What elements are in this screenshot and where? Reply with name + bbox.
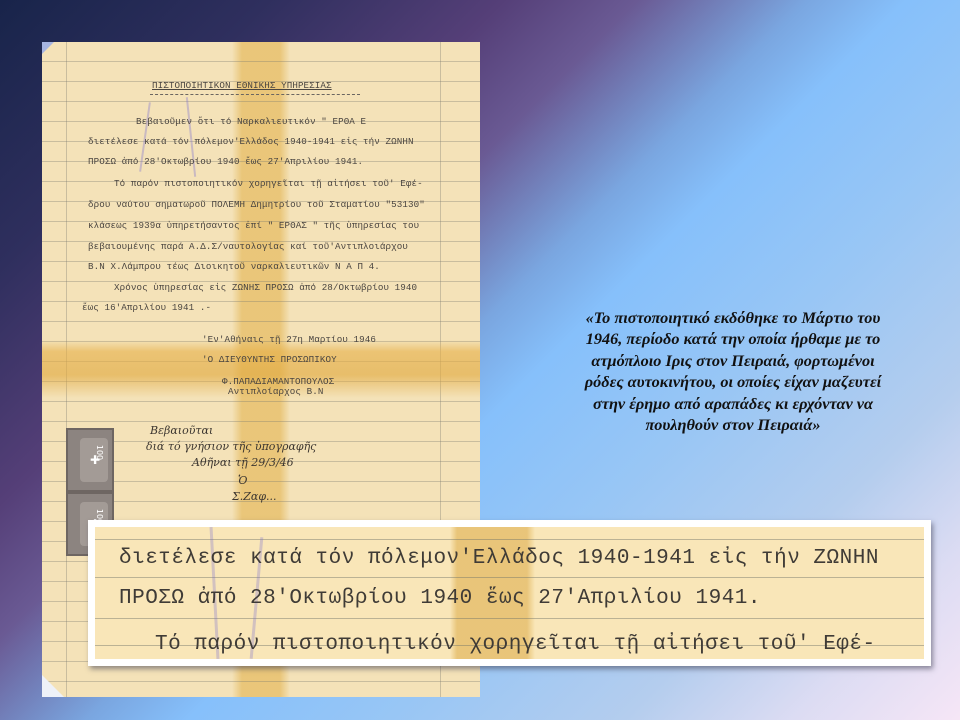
quote-line: 1946, περίοδο κατά την οποία ήρθαμε με τ…: [508, 328, 958, 349]
typed-line: κλάσεως 1939α ὑπηρετήσαντος ἐπί " ΕΡΘΑΣ …: [88, 220, 419, 231]
typed-line: Τό παρόν πιστοποιητικόν χορηγεῖται τῇ αἰ…: [114, 178, 423, 189]
ruled-line: [95, 618, 924, 619]
handwritten-line: Ὁ: [238, 474, 247, 487]
quote-line: ατμόπλοιο Ιρις στον Πειραιά, φορτωμένοι: [508, 350, 958, 371]
quote-text: «Το πιστοποιητικό εκδόθηκε το Μάρτιο του…: [508, 307, 958, 435]
ruled-line: [95, 539, 924, 540]
handwritten-line: Αθῆναι τῇ 29/3/46: [192, 456, 294, 469]
handwritten-line: διά τό γνήσιον τῆς ὑπογραφῆς: [146, 440, 316, 453]
typed-line: διετέλεσε κατά τόν πόλεμον'Ελλάδος 1940-…: [88, 136, 414, 147]
handwritten-line: Βεβαιοῦται: [150, 424, 213, 437]
magnified-excerpt: διετέλεσε κατά τόν πόλεμον'Ελλάδος 1940-…: [88, 520, 931, 666]
excerpt-line: ΠΡΟΣΩ ἀπό 28'Οκτωβρίου 1940 ἕως 27'Απριλ…: [119, 587, 761, 610]
signature-rank: Αντιπλοίαρχος Β.Ν: [228, 386, 323, 397]
document-title: ΠΙΣΤΟΠΟΙΗΤΙΚΟΝ ΕΘΝΙΚΗΣ ΥΠΗΡΕΣΙΑΣ: [152, 80, 332, 91]
excerpt-line: διετέλεσε κατά τόν πόλεμον'Ελλάδος 1940-…: [119, 547, 879, 570]
typed-line: Β.Ν Χ.Λάμπρου τέως Διοικητοῦ ναρκαλιευτι…: [88, 261, 380, 272]
quote-line: στην έρημο από αραπάδες κι ερχόνταν να: [508, 393, 958, 414]
typed-line: ΠΡΟΣΩ ἀπό 28'Οκτωβρίου 1940 ἕως 27'Απριλ…: [88, 156, 363, 167]
quote-line: «Το πιστοποιητικό εκδόθηκε το Μάρτιο του: [508, 307, 958, 328]
excerpt-line: Τό παρόν πιστοποιητικόν χορηγεῖται τῇ αἰ…: [155, 633, 876, 656]
signature-date: 'Εν'Αθήναις τῇ 27η Μαρτίου 1946: [202, 334, 376, 345]
signature-role: 'Ο ΔΙΕΥΘΥΝΤΗΣ ΠΡΟΣΩΠΙΚΟΥ: [202, 354, 337, 365]
revenue-stamp: ✚ 100: [66, 428, 114, 492]
typed-line: Βεβαιοῦμεν ὅτι τό Ναρκαλιευτικόν " ΕΡΘΑ …: [136, 116, 366, 127]
typed-line: Χρόνος ὑπηρεσίας εἰς ΖΩΝΗΣ ΠΡΟΣΩ ἀπό 28/…: [114, 282, 417, 293]
ruled-line: [95, 577, 924, 578]
title-underline: [150, 94, 360, 95]
quote-line: πουληθούν στον Πειραιά»: [508, 414, 958, 435]
quote-line: ρόδες αυτοκινήτου, οι οποίες είχαν μαζευ…: [508, 371, 958, 392]
excerpt-paper: διετέλεσε κατά τόν πόλεμον'Ελλάδος 1940-…: [95, 527, 924, 659]
typed-line: δρου ναύτου σηματωροῦ ΠΟΛΕΜΗ Δημητρίου τ…: [88, 199, 425, 210]
typed-line: βεβαιουμένης παρά Α.Δ.Σ/ναυτολογίας καί …: [88, 241, 408, 252]
paper-corner: [42, 42, 54, 54]
paper-corner: [42, 675, 64, 697]
typed-line: ἕως 16'Απριλίου 1941 .-: [82, 302, 211, 313]
stamp-value: 100: [95, 445, 104, 460]
handwritten-line: Σ.Ζαφ...: [232, 490, 277, 503]
